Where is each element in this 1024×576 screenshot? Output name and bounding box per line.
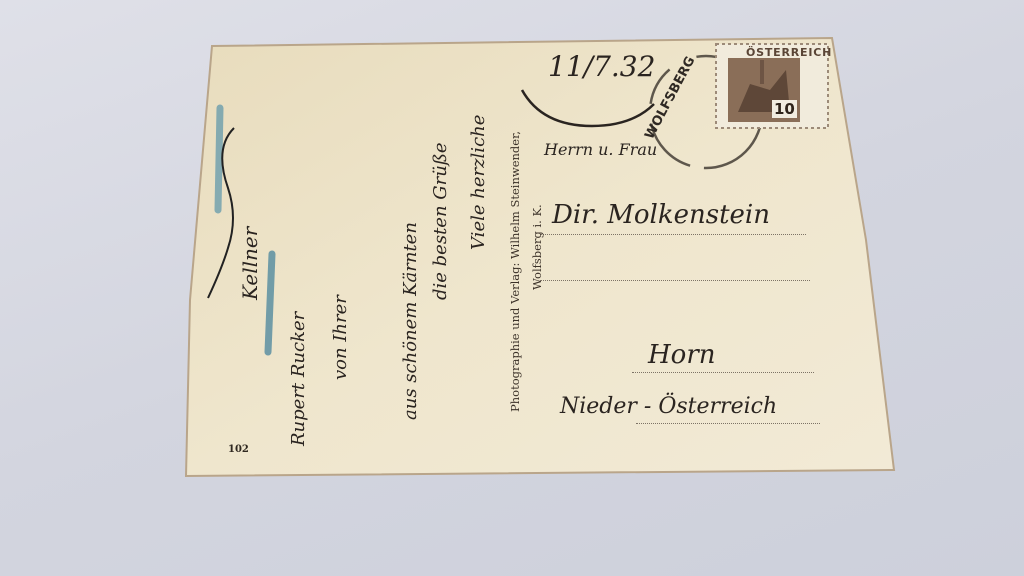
message-line-2: die besten Grüße [430, 142, 451, 300]
address-dotted-line [636, 423, 820, 424]
address-line-1: Herrn u. Frau [544, 140, 657, 159]
message-line-4: von Ihrer [330, 295, 351, 380]
message-line-5: Rupert Rucker [288, 312, 309, 446]
postcard: WOLFSBERG ÖSTERREICH 10 11/7.32 Herrn u.… [0, 0, 1024, 576]
address-line-5: Nieder - Österreich [560, 394, 777, 419]
handwritten-date: 11/7.32 [548, 50, 655, 83]
address-line-2: Dir. Molkenstein [552, 200, 770, 230]
postage-stamp: ÖSTERREICH 10 [716, 44, 828, 128]
blue-pencil-mark [218, 108, 220, 210]
blue-pencil-mark [268, 254, 272, 352]
message-line-1: Viele herzliche [468, 115, 489, 250]
stamp-value: 10 [772, 100, 797, 118]
message-line-3: aus schönem Kärnten [400, 222, 421, 420]
publisher-line-1: Photographie und Verlag: Wilhelm Steinwe… [508, 131, 522, 412]
publisher-line-2: Wolfsberg i. K. [530, 204, 544, 290]
address-dotted-line [632, 372, 814, 373]
address-dotted-line [540, 280, 810, 281]
address-dotted-line [540, 234, 806, 235]
address-line-4: Horn [648, 340, 716, 370]
card-number: 102 [228, 444, 249, 455]
stamp-country: ÖSTERREICH [746, 46, 832, 59]
signature: Kellner [238, 227, 262, 300]
